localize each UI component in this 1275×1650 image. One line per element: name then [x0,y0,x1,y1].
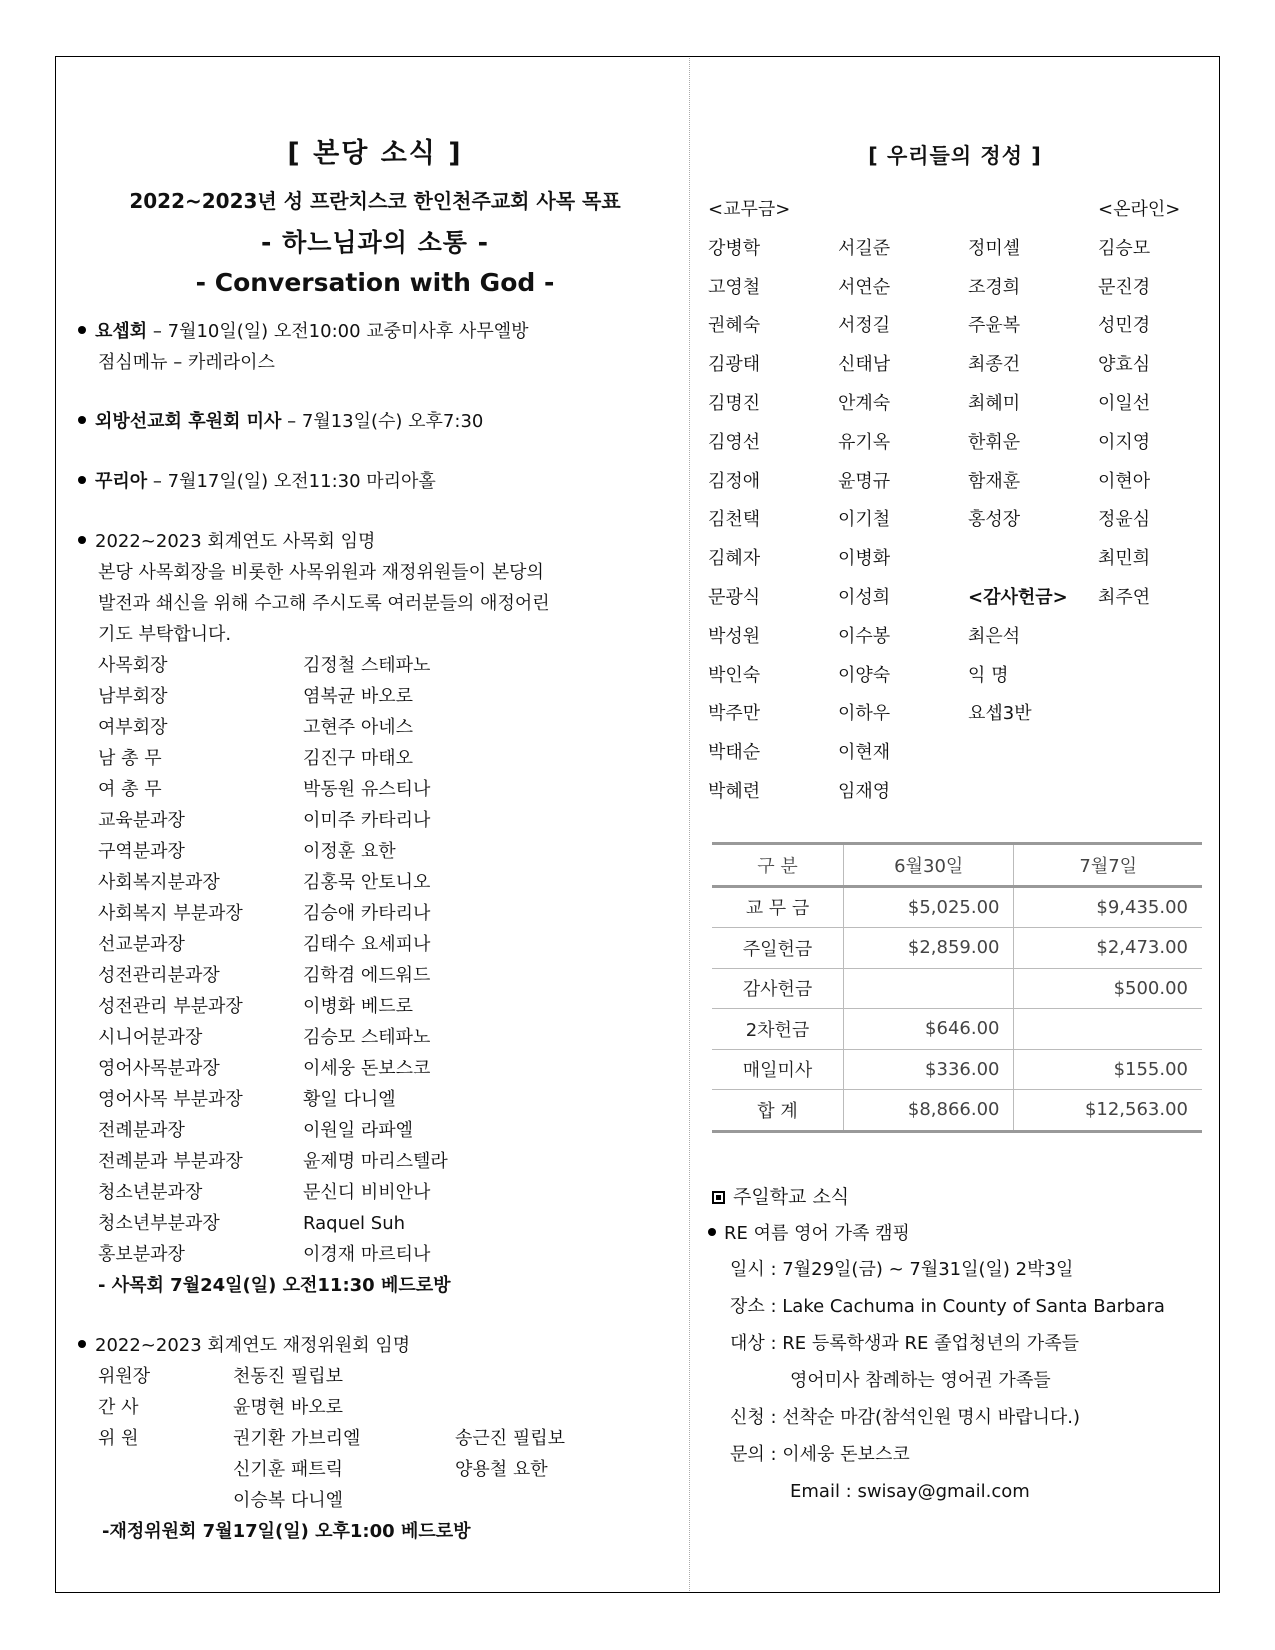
pastoral-meeting-note: - 사목회 7월24일(일) 오전11:30 베드로방 [98,1270,451,1301]
pastoral-council-heading: 2022~2023 회계연도 사목회 임명 [78,526,375,557]
offerings-table: 구 분 6월30일 7월7일 교 무 금$5,025.00$9,435.00 주… [712,842,1202,1133]
donor-row: 박주만이하우요셉3반 [708,695,1208,734]
donor-row: 박태순이현재 [708,734,1208,773]
donor-grid: <교무금> <온라인> 강병학서길준정미셸김승모 고영철서연순조경희문진경 권혜… [708,191,1208,812]
bullet-icon [78,536,86,544]
finance-meeting-note: -재정위원회 7월17일(일) 오후1:00 베드로방 [102,1516,471,1547]
donor-row: 박성원이수봉최은석 [708,618,1208,657]
event-registration: 신청 : 선착순 마감(참석인원 명시 바랍니다.) [730,1403,1080,1433]
notice-item: 요셉회 – 7월10일(일) 오전10:00 교중미사후 사무엘방 [78,316,529,347]
category-thanks: <감사헌금> [968,579,1068,618]
event-audience: 대상 : RE 등록학생과 RE 졸업청년의 가족들 [730,1329,1079,1359]
bullet-icon [78,1340,86,1348]
table-row: 매일미사$336.00$155.00 [712,1049,1202,1090]
table-row: 교 무 금$5,025.00$9,435.00 [712,886,1202,928]
school-event-title: RE 여름 영어 가족 캠핑 [708,1219,910,1245]
category-online: <온라인> [1098,191,1180,230]
donor-row: 김명진안계숙최혜미이일선 [708,385,1208,424]
donor-row: 권혜숙서정길주윤복성민경 [708,307,1208,346]
pastoral-theme-english: - Conversation with God - [70,268,680,297]
donor-row: 강병학서길준정미셸김승모 [708,230,1208,269]
donor-row: 김천택이기철홍성장정윤심 [708,501,1208,540]
donor-row: 고영철서연순조경희문진경 [708,269,1208,308]
finance-council-heading: 2022~2023 회계연도 재정위원회 임명 [78,1330,410,1361]
section-title: [ 본당 소식 ] [70,131,680,170]
donor-row: 박인숙이양숙익 명 [708,657,1208,696]
intro-line: 기도 부탁합니다. [98,619,231,650]
notice-item: 외방선교회 후원회 미사 – 7월13일(수) 오후7:30 [78,406,483,437]
pastoral-theme-korean: - 하느님과의 소통 - [70,223,680,259]
donor-row: 김정애윤명규함재훈이현아 [708,463,1208,502]
donor-row: 박혜련임재영 [708,773,1208,812]
column-header: 7월7일 [1014,844,1202,887]
notice-extra: 점심메뉴 – 카레라이스 [98,347,275,378]
event-contact: 문의 : 이세웅 돈보스코 [730,1440,910,1470]
table-header-row: 구 분 6월30일 7월7일 [712,844,1202,887]
sunday-school-heading: 주일학교 소식 [712,1182,849,1209]
event-date: 일시 : 7월29일(금) ~ 7월31일(일) 2박3일 [730,1255,1073,1285]
column-divider [689,58,690,1591]
square-bullet-icon [712,1191,725,1204]
category-row: <교무금> <온라인> [708,191,1208,230]
column-header: 구 분 [712,844,844,887]
bullet-icon [78,326,86,334]
table-total-row: 합 계$8,866.00$12,563.00 [712,1090,1202,1132]
bullet-icon [78,416,86,424]
column-header: 6월30일 [844,844,1014,887]
donor-row: 김영선유기옥한휘운이지영 [708,424,1208,463]
event-audience-cont: 영어미사 참례하는 영어권 가족들 [790,1366,1051,1396]
bullet-icon [708,1228,716,1236]
donor-row: 김광태신태남최종건양효심 [708,346,1208,385]
notice-item: 꾸리아 – 7월17일(일) 오전11:30 마리아홀 [78,466,436,497]
donor-row: 문광식이성희<감사헌금>최주연 [708,579,1208,618]
table-row: 감사헌금$500.00 [712,968,1202,1009]
donor-row: 김혜자이병화최민희 [708,540,1208,579]
pastoral-goal-subtitle: 2022~2023년 성 프란치스코 한인천주교회 사목 목표 [70,185,680,214]
table-row: 주일헌금$2,859.00$2,473.00 [712,928,1202,969]
event-location: 장소 : Lake Cachuma in County of Santa Bar… [730,1292,1165,1322]
section-title: [ 우리들의 정성 ] [700,140,1210,170]
category-dues: <교무금> [708,191,790,230]
bullet-icon [78,476,86,484]
table-row: 2차헌금$646.00 [712,1009,1202,1050]
intro-line: 발전과 쇄신을 위해 수고해 주시도록 여러분들의 애정어린 [98,588,550,619]
intro-line: 본당 사목회장을 비롯한 사목위원과 재정위원들이 본당의 [98,557,544,588]
event-email: Email : swisay@gmail.com [790,1477,1030,1507]
